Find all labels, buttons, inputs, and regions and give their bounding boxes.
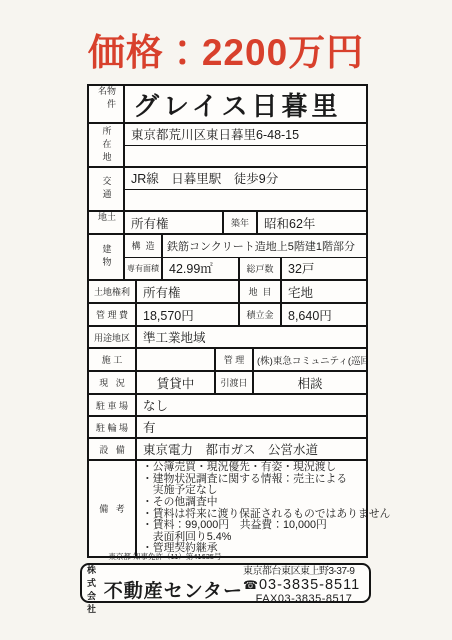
label-zoning: 用途地区 xyxy=(89,327,137,347)
value-management-company: (株)東急コミュニティ(巡回管理) xyxy=(254,349,366,370)
row-land: 土地 所有権 築年 昭和62年 xyxy=(89,212,366,235)
row-construction: 施 工 管 理 (株)東急コミュニティ(巡回管理) xyxy=(89,349,366,372)
value-total-units: 32戸 xyxy=(282,258,366,280)
value-transport: JR線 日暮里駅 徒歩9分 xyxy=(125,168,366,189)
label-management-company: 管 理 xyxy=(214,349,254,370)
label-current-status: 現 況 xyxy=(89,372,137,393)
row-zoning: 用途地区 準工業地域 xyxy=(89,327,366,349)
row-management-fee: 管 理 費 18,570円 積立金 8,640円 xyxy=(89,304,366,327)
value-facilities: 東京電力 都市ガス 公営水道 xyxy=(137,439,366,459)
row-notes: 備 考 ・公簿売買・現況優先・有姿・現況渡し ・建物状況調査に関する情報：売主に… xyxy=(89,461,366,556)
label-built-year: 築年 xyxy=(222,212,258,233)
phone-line: ☎ 03-3835-8511 xyxy=(243,577,365,593)
value-structure: 鉄筋コンクリート造地上5階建1階部分 xyxy=(163,235,366,257)
company-prefix: 株式会社 xyxy=(87,563,103,615)
license-number: 東京都 知事免許（11）第41635号 xyxy=(87,551,243,562)
label-land: 土地 xyxy=(89,212,125,233)
fax-number: FAX03-3835-8517 xyxy=(243,593,365,605)
phone-number: 03-3835-8511 xyxy=(259,577,360,593)
row-facilities: 設 備 東京電力 都市ガス 公営水道 xyxy=(89,439,366,461)
value-reserve-fund: 8,640円 xyxy=(282,304,366,325)
label-structure: 構 造 xyxy=(125,235,163,257)
label-construction: 施 工 xyxy=(89,349,137,370)
value-transport-2 xyxy=(125,190,366,211)
price-banner: 価格：2200万円 xyxy=(0,22,452,76)
label-handover-date: 引渡日 xyxy=(214,372,254,393)
company-name: 不動産センター xyxy=(104,576,243,603)
value-property-name: グレイス日暮里 xyxy=(125,86,366,122)
value-built-year: 昭和62年 xyxy=(258,212,366,233)
phone-icon: ☎ xyxy=(243,578,258,592)
notes-text: ・公簿売買・現況優先・有姿・現況渡し ・建物状況調査に関する情報：売主による 実… xyxy=(137,461,395,556)
note-line: ・公簿売買・現況優先・有姿・現況渡し xyxy=(142,462,390,474)
label-building: 建物 xyxy=(89,235,125,279)
company-contact: 東京都台東区東上野3-37-9 ☎ 03-3835-8511 FAX03-383… xyxy=(243,565,369,601)
value-management-fee: 18,570円 xyxy=(137,304,238,325)
label-facilities: 設 備 xyxy=(89,439,137,459)
value-land-rights: 所有権 xyxy=(125,212,222,233)
row-current-status: 現 況 賃貸中 引渡日 相談 xyxy=(89,372,366,395)
property-spec-table: 物件名 グレイス日暮里 所在地 東京都荒川区東日暮里6-48-15 交通 JR線… xyxy=(87,84,368,558)
company-address: 東京都台東区東上野3-37-9 xyxy=(243,562,365,577)
value-location: 東京都荒川区東日暮里6-48-15 xyxy=(125,124,366,145)
row-transport: 交通 JR線 日暮里駅 徒歩9分 xyxy=(89,168,366,212)
row-land-rights: 土地権利 所有権 地 目 宅地 xyxy=(89,281,366,304)
label-reserve-fund: 積立金 xyxy=(238,304,282,325)
value-handover-date: 相談 xyxy=(254,372,366,393)
label-parking: 駐 車 場 xyxy=(89,395,137,415)
value-land-rights-type: 所有権 xyxy=(137,281,238,302)
label-land-category: 地 目 xyxy=(238,281,282,302)
value-land-category: 宅地 xyxy=(282,281,366,302)
value-bicycle-parking: 有 xyxy=(137,417,366,437)
property-flyer: 価格：2200万円 物件名 グレイス日暮里 所在地 東京都荒川区東日暮里6-48… xyxy=(0,0,452,640)
value-location-2 xyxy=(125,146,366,167)
label-floor-area: 専有面積 xyxy=(125,258,163,280)
company-info: 東京都 知事免許（11）第41635号 株式会社 不動産センター xyxy=(82,565,243,601)
value-parking: なし xyxy=(137,395,366,415)
value-floor-area: 42.99㎡ xyxy=(163,258,238,280)
row-property-name: 物件名 グレイス日暮里 xyxy=(89,86,366,124)
label-notes: 備 考 xyxy=(89,461,137,556)
note-line: ・その他調査中 xyxy=(142,497,390,509)
label-location: 所在地 xyxy=(89,124,125,166)
note-line: ・賃料：99,000円 共益費：10,000円 xyxy=(142,520,390,532)
company-stamp: 東京都 知事免許（11）第41635号 株式会社 不動産センター 東京都台東区東… xyxy=(80,563,371,603)
company-name-line: 株式会社 不動産センター xyxy=(87,563,243,615)
row-parking: 駐 車 場 なし xyxy=(89,395,366,417)
label-property-name: 物件名 xyxy=(89,86,125,122)
value-construction xyxy=(137,349,214,370)
label-total-units: 総戸数 xyxy=(238,258,282,280)
label-management-fee: 管 理 費 xyxy=(89,304,137,325)
value-zoning: 準工業地域 xyxy=(137,327,366,347)
label-land-rights-title: 土地権利 xyxy=(89,281,137,302)
label-transport: 交通 xyxy=(89,168,125,210)
label-bicycle-parking: 駐 輪 場 xyxy=(89,417,137,437)
row-bicycle-parking: 駐 輪 場 有 xyxy=(89,417,366,439)
row-building: 建物 構 造 鉄筋コンクリート造地上5階建1階部分 専有面積 42.99㎡ 総戸… xyxy=(89,235,366,281)
value-current-status: 賃貸中 xyxy=(137,372,214,393)
row-location: 所在地 東京都荒川区東日暮里6-48-15 xyxy=(89,124,366,168)
